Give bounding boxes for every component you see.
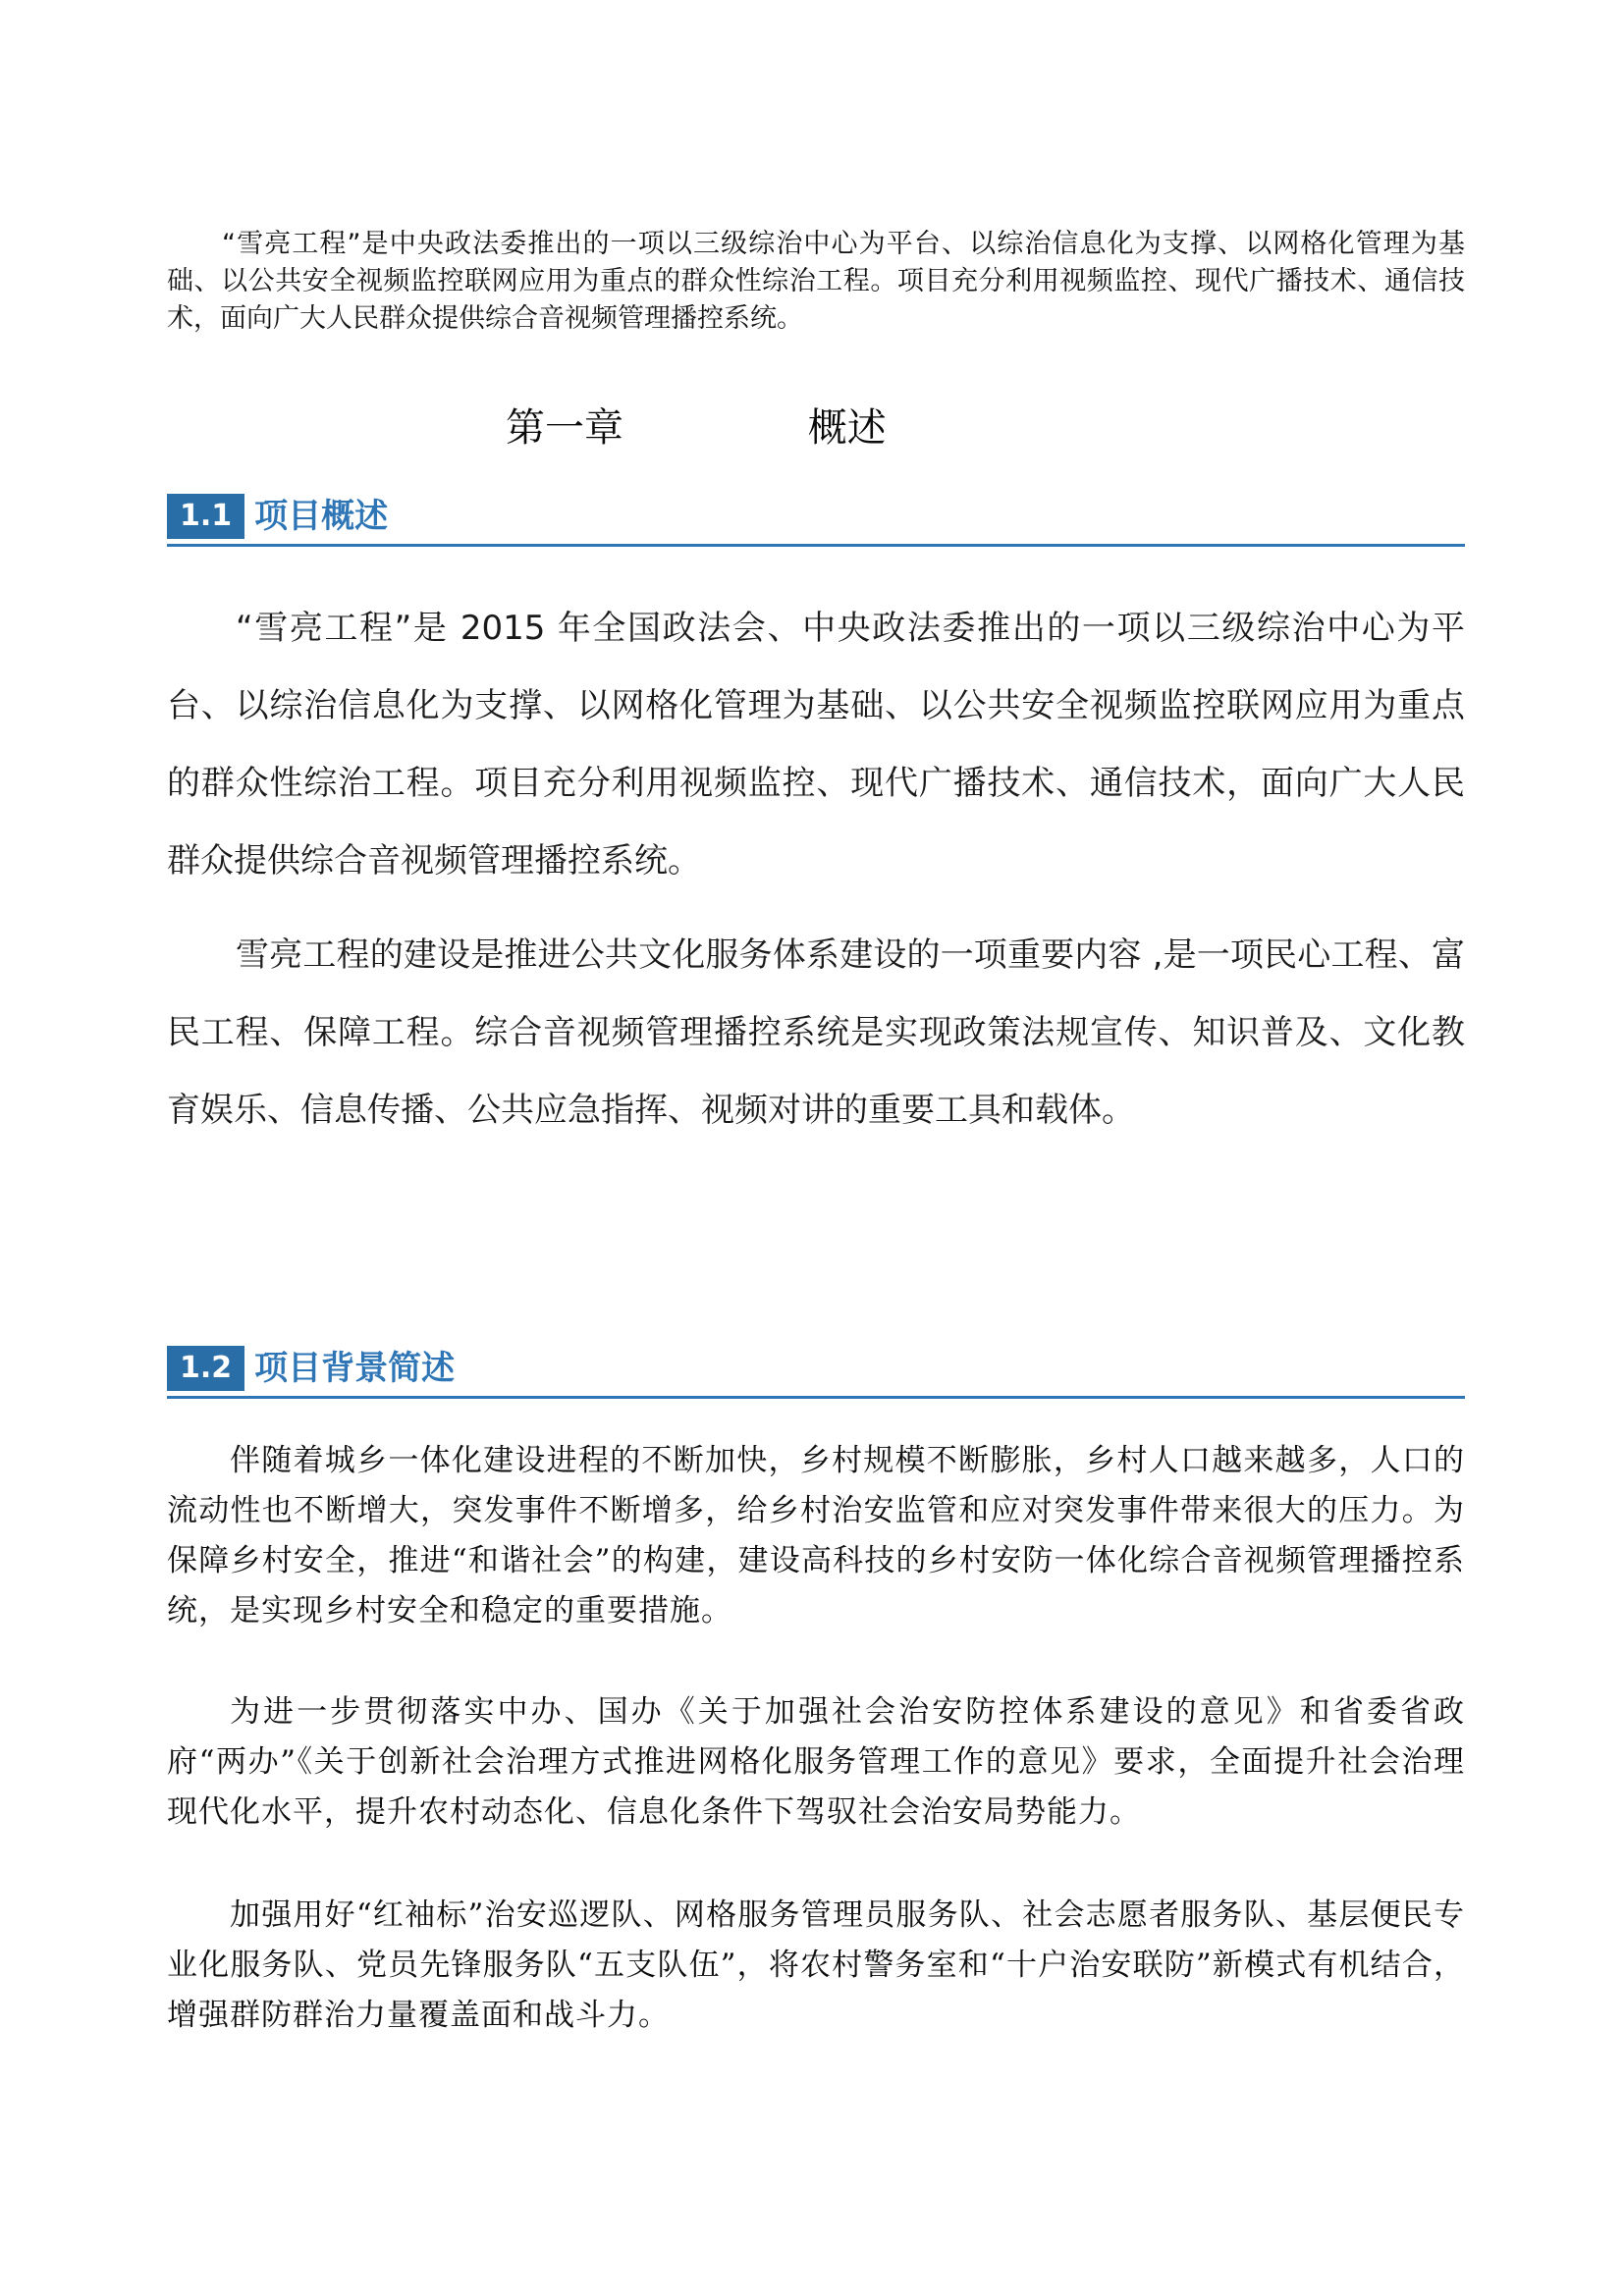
section-1-1-number-badge: 1.1 bbox=[167, 494, 244, 539]
document-page: “雪亮工程”是中央政法委推出的一项以三级综治中心为平台、以综治信息化为支撑、以网… bbox=[0, 0, 1624, 2296]
section-1-1-title: 项目概述 bbox=[254, 494, 388, 539]
chapter-heading: 第一章 概述 bbox=[167, 397, 1465, 453]
section-1-2-paragraph-2: 为进一步贯彻落实中办、国办《关于加强社会治安防控体系建设的意见》和省委省政府“两… bbox=[167, 1687, 1465, 1838]
section-1-2-heading: 1.2 项目背景简述 bbox=[167, 1346, 1465, 1399]
section-1-1-heading: 1.1 项目概述 bbox=[167, 494, 1465, 547]
chapter-title: 概述 bbox=[808, 405, 887, 451]
section-1-1-paragraph-2: 雪亮工程的建设是推进公共文化服务体系建设的一项重要内容 ,是一项民心工程、富民工… bbox=[167, 917, 1465, 1149]
section-1-1-paragraph-1: “雪亮工程”是 2015 年全国政法会、中央政法委推出的一项以三级综治中心为平台… bbox=[167, 590, 1465, 900]
section-1-2-paragraph-1: 伴随着城乡一体化建设进程的不断加快，乡村规模不断膨胀，乡村人口越来越多，人口的流… bbox=[167, 1436, 1465, 1636]
section-1-2-title: 项目背景简述 bbox=[254, 1346, 455, 1391]
section-1-2-number-badge: 1.2 bbox=[167, 1346, 244, 1391]
chapter-number: 第一章 bbox=[506, 405, 623, 451]
intro-paragraph: “雪亮工程”是中央政法委推出的一项以三级综治中心为平台、以综治信息化为支撑、以网… bbox=[167, 226, 1465, 338]
section-1-2-paragraph-3: 加强用好“红袖标”治安巡逻队、网格服务管理员服务队、社会志愿者服务队、基层便民专… bbox=[167, 1891, 1465, 2041]
